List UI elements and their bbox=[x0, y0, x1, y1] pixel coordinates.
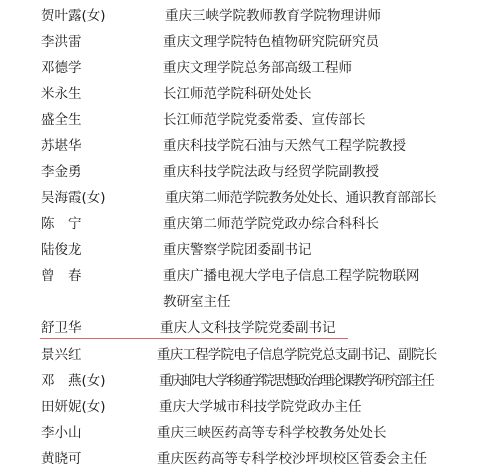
person-title: 重庆文理学院总务部高级工程师 bbox=[163, 56, 352, 80]
person-name: 吴海霞(女) bbox=[41, 186, 106, 210]
person-name: 陈 宁 bbox=[41, 212, 82, 236]
list-item: 邓 燕(女) 重庆邮电大学移通学院思想政治理论课教学研究部主任 bbox=[0, 369, 500, 393]
person-title: 长江师范学院科研处处长 bbox=[163, 82, 312, 106]
person-name: 田妍妮(女) bbox=[41, 395, 106, 419]
person-name: 邓 燕(女) bbox=[41, 369, 106, 393]
list-item: 贺叶露(女) 重庆三峡学院教师教育学院物理讲师 bbox=[0, 4, 500, 28]
person-name: 陆俊龙 bbox=[41, 238, 82, 262]
person-title: 重庆三峡医药高等专科学校教务处处长 bbox=[157, 421, 387, 445]
person-title: 重庆第二师范学院党政办综合科科长 bbox=[163, 212, 379, 236]
list-item: 陈 宁 重庆第二师范学院党政办综合科科长 bbox=[0, 212, 500, 236]
person-title: 重庆大学城市科技学院党政办主任 bbox=[159, 395, 362, 419]
person-title: 长江师范学院党委常委、宣传部长 bbox=[163, 108, 366, 132]
person-title: 重庆医药高等专科学校沙坪坝校区管委会主任 bbox=[157, 447, 427, 471]
list-item: 李金勇 重庆科技学院法政与经贸学院副教授 bbox=[0, 160, 500, 184]
person-title: 重庆文理学院特色植物研究院研究员 bbox=[163, 30, 379, 54]
person-name: 苏堪华 bbox=[41, 134, 82, 158]
person-name: 李洪雷 bbox=[41, 30, 82, 54]
person-name: 曾 春 bbox=[41, 264, 82, 288]
list-item: 吴海霞(女) 重庆第二师范学院教务处处长、通识教育部部长 bbox=[0, 186, 500, 210]
person-title: 重庆三峡学院教师教育学院物理讲师 bbox=[165, 4, 381, 28]
person-name: 景兴红 bbox=[41, 343, 82, 367]
person-title: 重庆邮电大学移通学院思想政治理论课教学研究部主任 bbox=[159, 369, 433, 393]
person-name: 黄晓可 bbox=[41, 447, 82, 471]
list-item: 曾 春 重庆广播电视大学电子信息工程学院物联网 bbox=[0, 264, 500, 288]
list-item: 邓德学 重庆文理学院总务部高级工程师 bbox=[0, 56, 500, 80]
person-title: 重庆广播电视大学电子信息工程学院物联网 bbox=[163, 264, 420, 288]
person-name: 贺叶露(女) bbox=[41, 4, 106, 28]
list-item: 苏堪华 重庆科技学院石油与天然气工程学院教授 bbox=[0, 134, 500, 158]
list-item: 田妍妮(女) 重庆大学城市科技学院党政办主任 bbox=[0, 395, 500, 419]
list-item-highlighted: 舒卫华 重庆人文科技学院党委副书记 bbox=[0, 316, 500, 340]
list-item: 米永生 长江师范学院科研处处长 bbox=[0, 82, 500, 106]
person-name: 米永生 bbox=[41, 82, 82, 106]
person-title: 重庆工程学院电子信息学院党总支副书记、副院长 bbox=[157, 343, 436, 367]
list-item: 黄晓可 重庆医药高等专科学校沙坪坝校区管委会主任 bbox=[0, 447, 500, 471]
person-title: 重庆第二师范学院教务处处长、通识教育部部长 bbox=[165, 186, 436, 210]
list-item: 李小山 重庆三峡医药高等专科学校教务处处长 bbox=[0, 421, 500, 445]
person-title: 重庆警察学院团委副书记 bbox=[163, 238, 312, 262]
person-title: 重庆人文科技学院党委副书记 bbox=[160, 316, 336, 340]
list-item: 盛全生 长江师范学院党委常委、宣传部长 bbox=[0, 108, 500, 132]
person-name: 邓德学 bbox=[41, 56, 82, 80]
person-title: 重庆科技学院石油与天然气工程学院教授 bbox=[163, 134, 406, 158]
person-name: 舒卫华 bbox=[41, 316, 82, 340]
list-item-continuation: 教研室主任 bbox=[0, 290, 500, 314]
list-item: 陆俊龙 重庆警察学院团委副书记 bbox=[0, 238, 500, 262]
list-item: 李洪雷 重庆文理学院特色植物研究院研究员 bbox=[0, 30, 500, 54]
person-name: 李小山 bbox=[41, 421, 82, 445]
person-title: 重庆科技学院法政与经贸学院副教授 bbox=[163, 160, 379, 184]
red-underline bbox=[40, 338, 348, 339]
person-name: 李金勇 bbox=[41, 160, 82, 184]
list-item: 景兴红 重庆工程学院电子信息学院党总支副书记、副院长 bbox=[0, 343, 500, 367]
person-name: 盛全生 bbox=[41, 108, 82, 132]
person-title: 教研室主任 bbox=[163, 290, 231, 314]
